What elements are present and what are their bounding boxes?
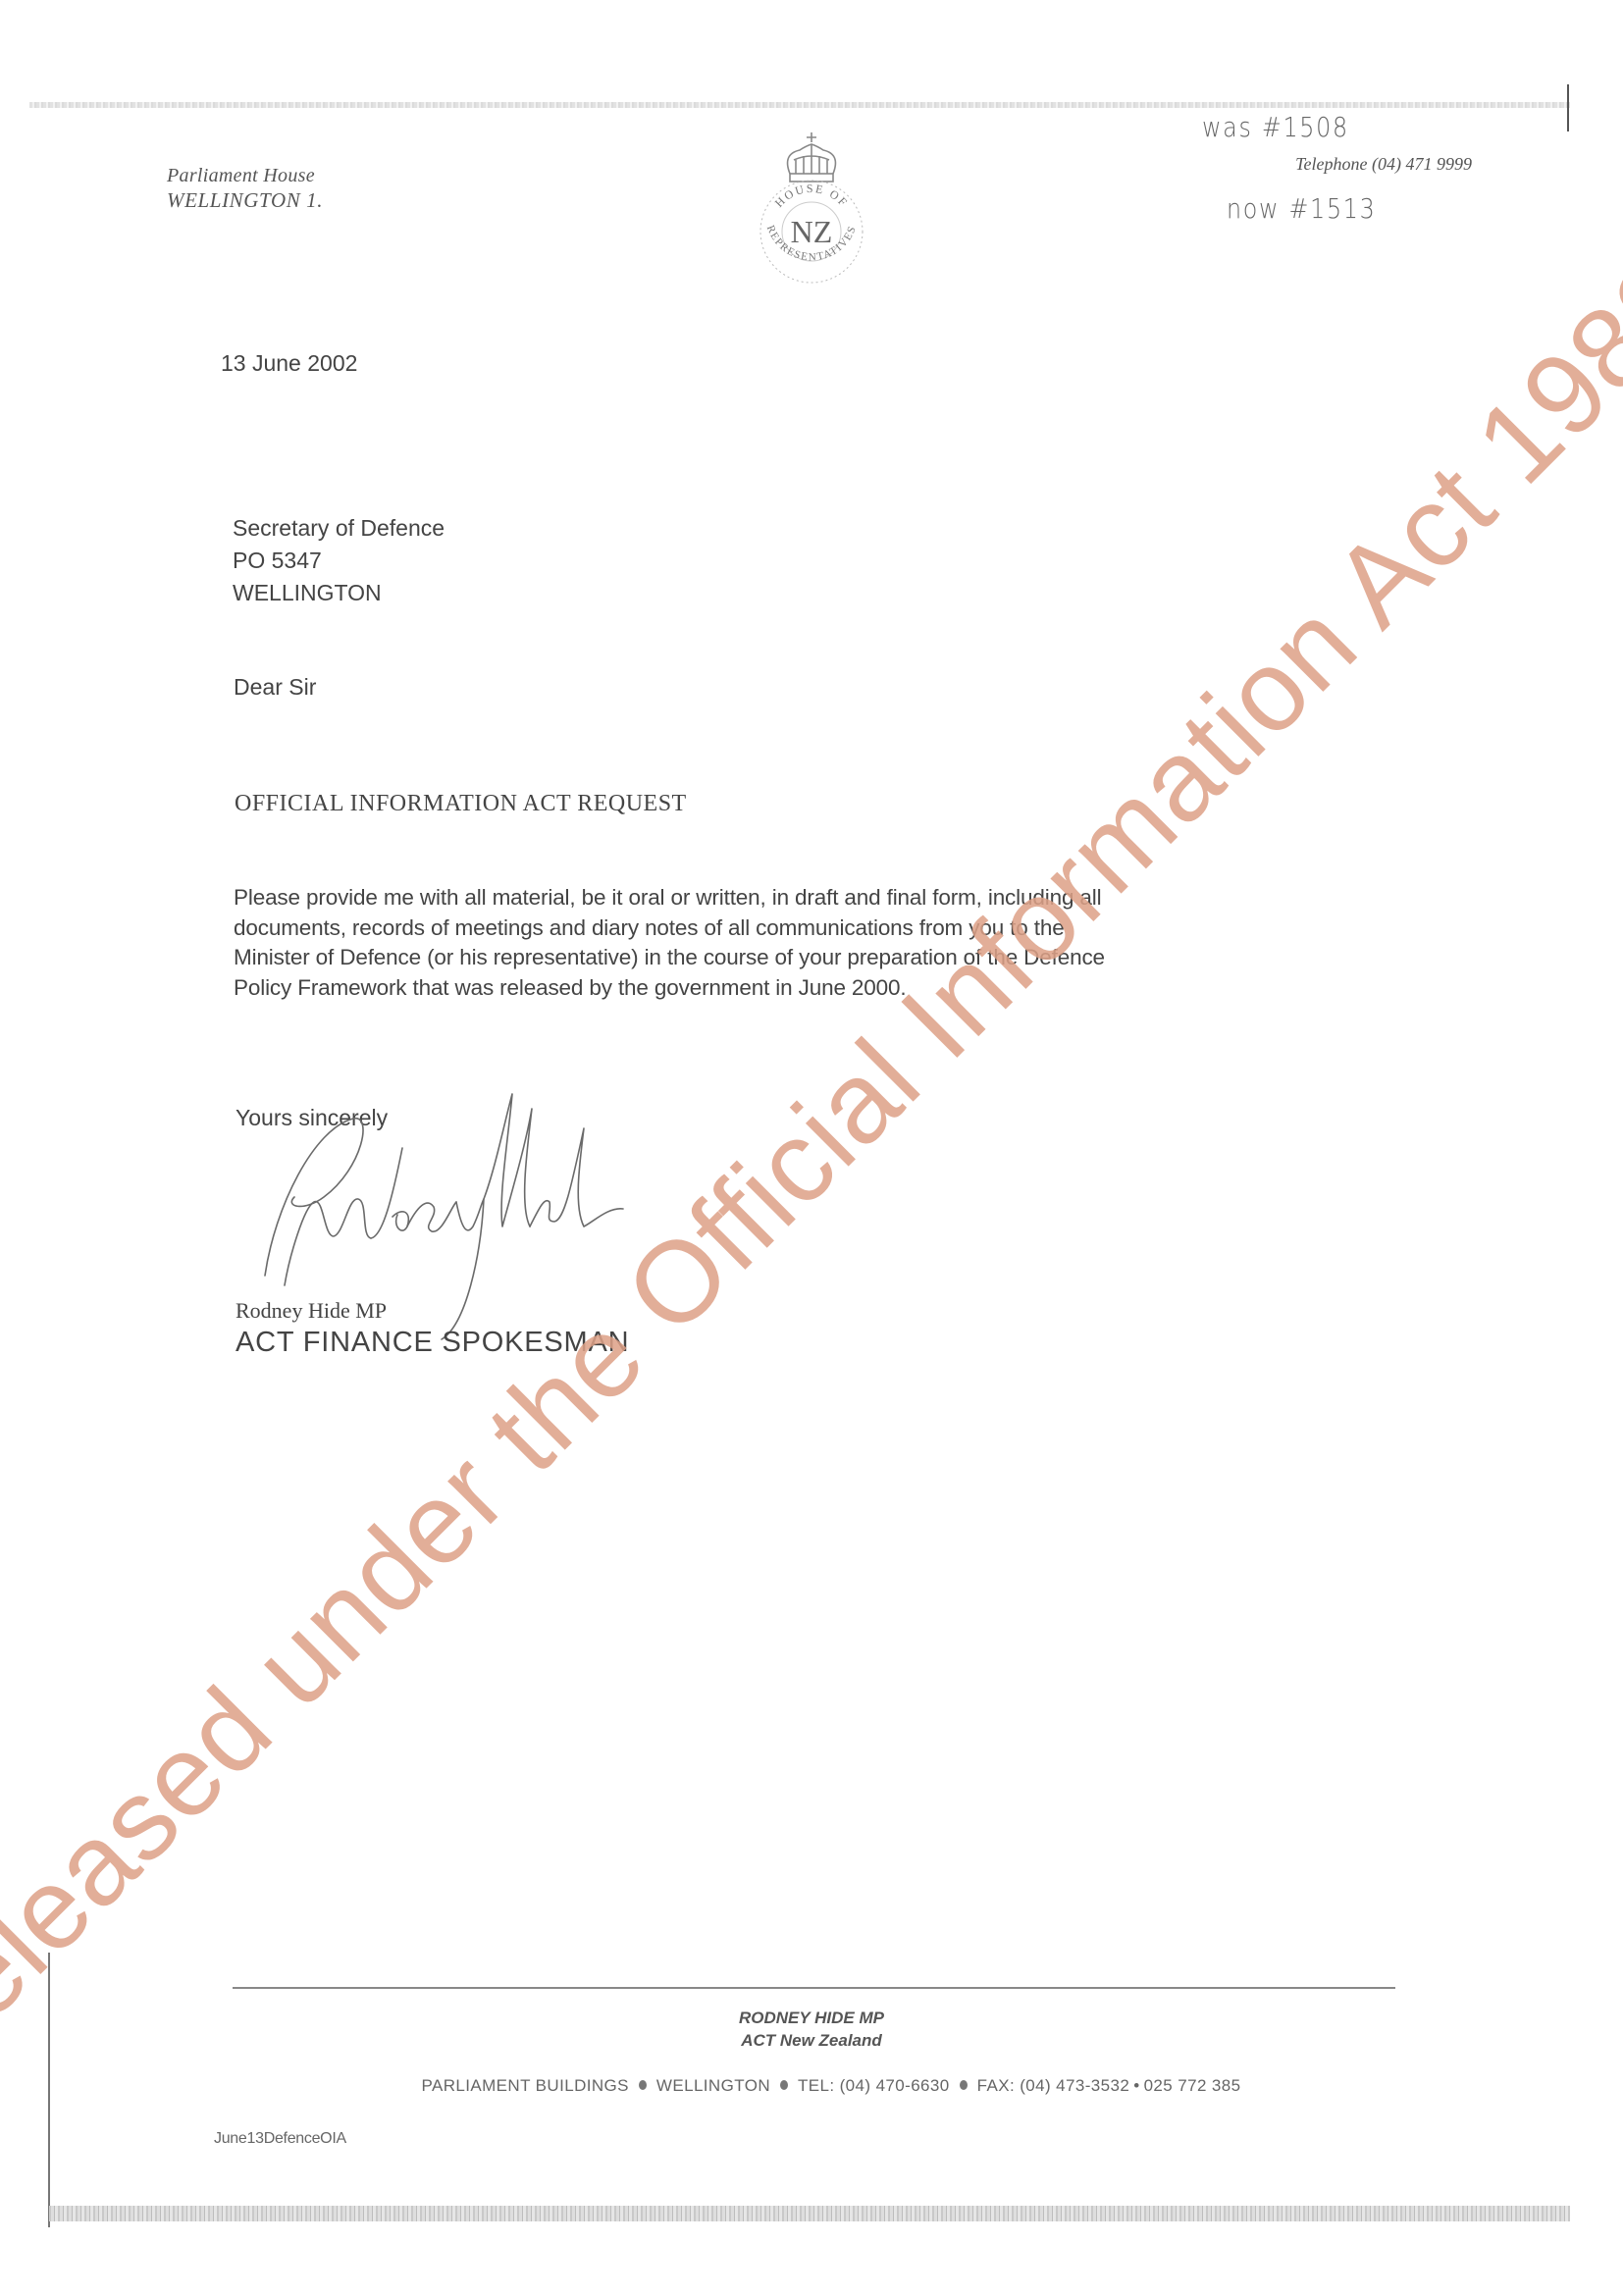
scan-edge-bottom (49, 2206, 1570, 2221)
bullet-icon (639, 2080, 647, 2090)
footer-party: ACT New Zealand (0, 2029, 1623, 2052)
body-line: Minister of Defence (or his representati… (234, 943, 1382, 973)
letterhead-telephone: Telephone (04) 471 9999 (1178, 154, 1472, 175)
footer-address-part: PARLIAMENT BUILDINGS (421, 2076, 628, 2095)
file-reference: June13DefenceOIA (214, 2130, 346, 2148)
bullet-icon (960, 2080, 968, 2090)
footer-address-part: TEL: (04) 470-6630 (798, 2076, 950, 2095)
footer-contact: PARLIAMENT BUILDINGSWELLINGTONTEL: (04) … (0, 2076, 1623, 2096)
letter-heading: OFFICIAL INFORMATION ACT REQUEST (235, 791, 687, 817)
address-line: WELLINGTON (233, 577, 445, 609)
letterhead-line-1: Parliament House (167, 164, 323, 188)
footer-address-part: FAX: (04) 473-3532 (977, 2076, 1130, 2095)
handwritten-note-now: now #1513 (1227, 192, 1376, 225)
body-line: Please provide me with all material, be … (234, 883, 1382, 913)
footer-sender-name: RODNEY HIDE MP (0, 2007, 1623, 2029)
scan-mark (1567, 84, 1569, 131)
bullet-icon (780, 2080, 788, 2090)
signer-name: Rodney Hide MP (236, 1298, 387, 1324)
footer-mobile: 025 772 385 (1144, 2076, 1241, 2095)
scan-edge-top (29, 102, 1570, 108)
small-bullet-icon: • (1133, 2076, 1139, 2095)
address-line: PO 5347 (233, 545, 445, 577)
letterhead-line-2: WELLINGTON 1. (167, 188, 323, 213)
recipient-address: Secretary of Defence PO 5347 WELLINGTON (233, 512, 445, 609)
handwritten-note-was: was #1508 (1202, 111, 1349, 143)
letter-body: Please provide me with all material, be … (234, 883, 1382, 1003)
svg-text:NZ: NZ (791, 214, 833, 249)
letter-date: 13 June 2002 (221, 348, 357, 379)
salutation: Dear Sir (234, 672, 316, 703)
svg-text:HOUSE OF: HOUSE OF (772, 182, 852, 210)
footer-address-part: WELLINGTON (656, 2076, 770, 2095)
address-line: Secretary of Defence (233, 512, 445, 545)
body-line: documents, records of meetings and diary… (234, 913, 1382, 944)
body-line: Policy Framework that was released by th… (234, 973, 1382, 1004)
house-of-representatives-crest-icon: HOUSE OF REPRESENTATIVES NZ (751, 130, 873, 287)
letterhead-address: Parliament House WELLINGTON 1. (167, 164, 323, 213)
letter-page: Parliament House WELLINGTON 1. HOUSE OF … (0, 0, 1623, 2296)
footer-sender: RODNEY HIDE MP ACT New Zealand (0, 2007, 1623, 2052)
footer-divider (233, 1987, 1395, 1989)
